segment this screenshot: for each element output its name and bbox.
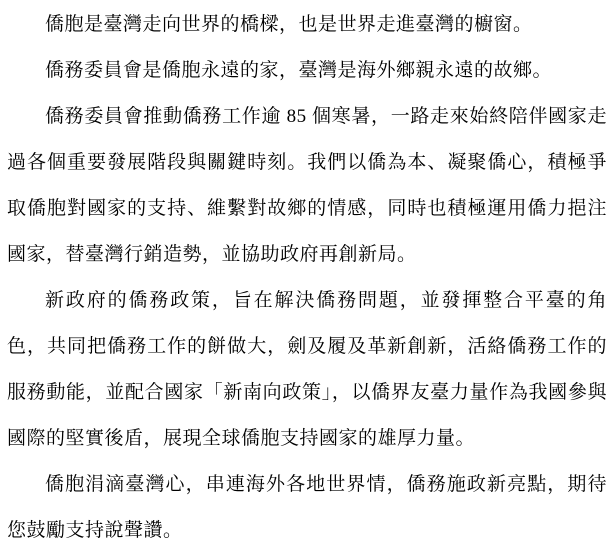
paragraph-bridge-to-world: 僑胞是臺灣走向世界的橋樑，也是世界走進臺灣的櫥窗。 bbox=[7, 2, 607, 48]
paragraph-forever-home: 僑務委員會是僑胞永遠的家，臺灣是海外鄉親永遠的故鄉。 bbox=[7, 48, 607, 94]
paragraph-new-government-policy: 新政府的僑務政策，旨在解決僑務問題，並發揮整合平臺的角色，共同把僑務工作的餅做大… bbox=[7, 278, 607, 462]
paragraph-closing-support: 僑胞涓滴臺灣心，串連海外各地世界情，僑務施政新亮點，期待您鼓勵支持說聲讚。 bbox=[7, 462, 607, 554]
document-body: 僑胞是臺灣走向世界的橋樑，也是世界走進臺灣的櫥窗。 僑務委員會是僑胞永遠的家，臺… bbox=[0, 0, 615, 559]
paragraph-85-years-history: 僑務委員會推動僑務工作逾 85 個寒暑，一路走來始終陪伴國家走過各個重要發展階段… bbox=[7, 94, 607, 278]
